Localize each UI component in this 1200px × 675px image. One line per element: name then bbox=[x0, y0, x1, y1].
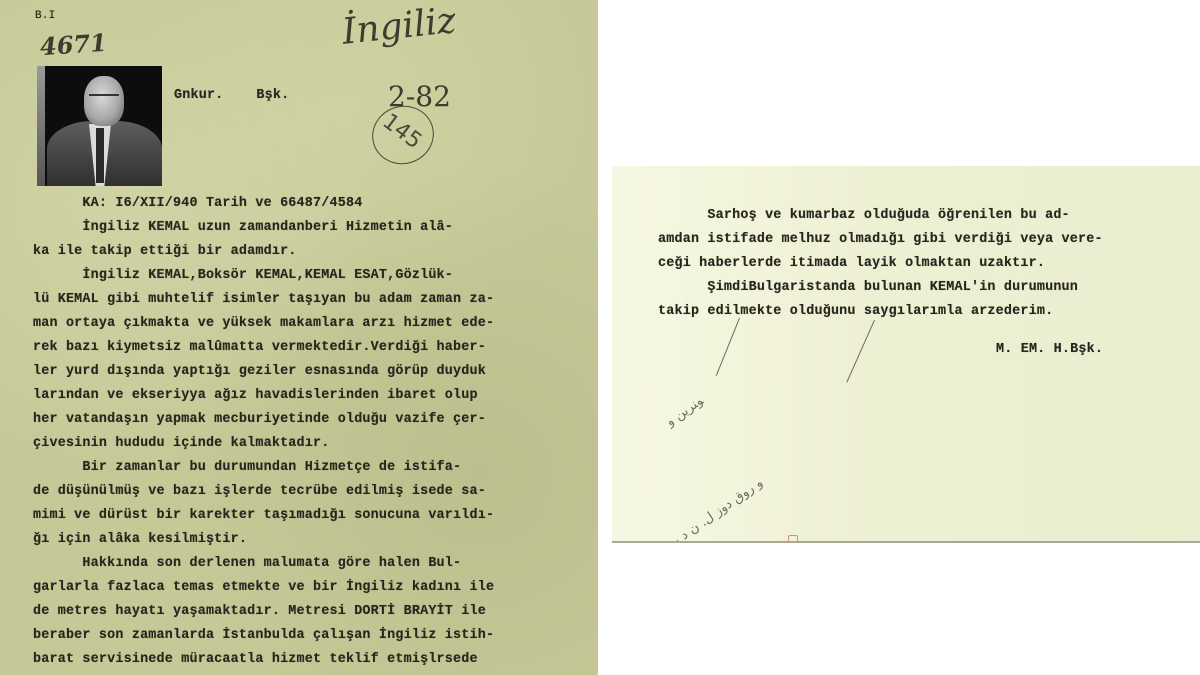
signature-block: M. EM. H.Bşk. bbox=[996, 342, 1103, 357]
body-line: de düşünülmüş ve bazı işlerde tecrübe ed… bbox=[33, 484, 486, 499]
portrait-photo bbox=[37, 66, 162, 186]
handwritten-marginal-note: ﻭ ﺭﻭﻕ ﺩﻭﺯ ﻝ. ﻥ ﺩ ﺑﻪ bbox=[666, 475, 766, 541]
body-line: mimi ve dürüst bir karekter taşımadığı s… bbox=[33, 508, 494, 523]
addressee: Gnkur. Bşk. bbox=[174, 88, 289, 103]
body-line: lü KEMAL gibi muhtelif isimler taşıyan b… bbox=[33, 292, 494, 307]
body-line: KA: I6/XII/940 Tarih ve 66487/4584 bbox=[33, 196, 362, 211]
handwritten-marginal-note: ﻮﻨﺮﯾﻦ ﻭ bbox=[663, 393, 706, 429]
body-line: çivesinin hududu içinde kalmaktadır. bbox=[33, 436, 330, 451]
body-line: larından ve ekseriyya ağız havadislerind… bbox=[33, 388, 478, 403]
body-line: takip edilmekte olduğunu saygılarımla ar… bbox=[658, 304, 1053, 319]
pencil-stroke bbox=[846, 320, 875, 383]
red-mark bbox=[788, 535, 798, 541]
body-line: her vatandaşın yapmak mecburiyetinde old… bbox=[33, 412, 486, 427]
body-line: ğı için alâka kesilmiştir. bbox=[33, 532, 247, 547]
body-line: amdan istifade melhuz olmadığı gibi verd… bbox=[658, 232, 1103, 247]
body-line: ŞimdiBulgaristanda bulunan KEMAL'in duru… bbox=[658, 280, 1078, 295]
handwritten-reference-number: 4671 bbox=[39, 28, 108, 62]
body-line: Sarhoş ve kumarbaz olduğuda öğrenilen bu… bbox=[658, 208, 1070, 223]
body-line: rek bazı kiymetsiz malûmatta vermektedir… bbox=[33, 340, 486, 355]
left-document-page: B.I 4671 İngiliz 2-82 145 Gnkur. Bşk. KA… bbox=[0, 0, 598, 675]
body-line: ka ile takip ettiği bir adamdır. bbox=[33, 244, 297, 259]
body-line: garlarla fazlaca temas etmekte ve bir İn… bbox=[33, 580, 494, 595]
body-line: Hakkında son derlenen malumata göre hale… bbox=[33, 556, 461, 571]
pencil-stroke bbox=[716, 318, 740, 376]
body-line: İngiliz KEMAL uzun zamandanberi Hizmetin… bbox=[33, 220, 453, 235]
stamp-number: 145 bbox=[370, 104, 433, 160]
reference-code: B.I bbox=[35, 10, 55, 22]
body-line: de metres hayatı yaşamaktadır. Metresi D… bbox=[33, 604, 486, 619]
body-line: İngiliz KEMAL,Boksör KEMAL,KEMAL ESAT,Gö… bbox=[33, 268, 453, 283]
body-line: Bir zamanlar bu durumundan Hizmetçe de i… bbox=[33, 460, 461, 475]
body-line: beraber son zamanlarda İstanbulda çalışa… bbox=[33, 628, 494, 643]
body-line: barat servisinede müracaatla hizmet tekl… bbox=[33, 652, 478, 667]
body-line: ler yurd dışında yaptığı geziler esnasın… bbox=[33, 364, 486, 379]
body-line: man ortaya çıkmakta ve yüksek makamlara … bbox=[33, 316, 494, 331]
body-line: ceği haberlerde itimada layik olmaktan u… bbox=[658, 256, 1045, 271]
right-document-page: Sarhoş ve kumarbaz olduğuda öğrenilen bu… bbox=[612, 166, 1200, 541]
handwritten-title: İngiliz bbox=[340, 0, 458, 53]
